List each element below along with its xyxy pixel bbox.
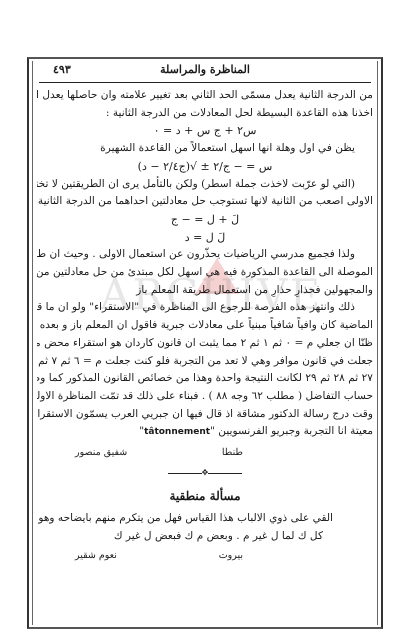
divider-rule [208,473,242,474]
page-frame: المناظرة والمراسلة ٤٩٣ من الدرجة الثانية… [27,57,383,629]
equation-product: لَ ل = د [37,229,373,247]
text-line: من الدرجة الثانية يعدل مسمّى الحد الثاني… [37,87,373,105]
text-line: يظن في اول وهلة انها اسهل استعمالاً من ا… [37,140,373,158]
text-fragment: معيتة انا التجربة وجبريو الفرنسويين " [210,425,373,437]
text-line: ٢٧ ثم ٢٨ ثم ٢٩ لكانت النتيجة واحدة وهذا … [37,370,373,388]
text-line: القي على ذوي الالباب هذا القياس فهل من ي… [37,510,373,528]
divider-rule [168,473,202,474]
section-divider: ✥ [37,464,373,482]
equation-quadratic-formula: س = − ج/٢ ± √(ج٢/٤ − د) [37,158,373,176]
latin-term: tâtonnement [144,427,210,437]
signature-name: نعوم شقير [75,545,117,567]
page-number: ٤٩٣ [53,63,71,76]
syllogism-line: كل ك لما ل غير م . وبعض م ك فبعض ل غير ك [37,528,373,546]
text-line: وقت درج رسالة الدكتور مشاقة اذ قال فيها … [37,406,373,424]
text-line: اخذنا هذه القاعدة البسيطة لحل المعادلات … [37,105,373,123]
signature-block-1: طنطا شفيق منصور [37,442,373,464]
text-line: الاولى اصعب من الثانية لانها تستوجب حل م… [37,193,373,211]
text-line: والمجهولين فحذارِ حذارِ من استعمال طريقة… [37,282,373,300]
text-line: ولذا فجميع مدرسي الرياضيات يحذّرون عن اس… [37,246,373,264]
signature-name: شفيق منصور [75,442,127,464]
equation-sum: لَ + ل = − ج [37,211,373,229]
signature-place: طنطا [222,442,243,464]
text-line: جعلت في قانون موافر وهي لا تعد من التجرب… [37,353,373,371]
text-line: ظنّا ان جعلي م = ٠ ثم ١ ثم ٢ مما يثبت ان… [37,335,373,353]
text-line: (التي لو عرّبت لاخذت جملة اسطر) ولكن بال… [37,176,373,194]
page-body: من الدرجة الثانية يعدل مسمّى الحد الثاني… [37,87,373,567]
text-line: ذلك وانتهز هذه الفرصة للرجوع الى المناظر… [37,299,373,317]
running-header: المناظرة والمراسلة ٤٩٣ [39,63,371,81]
equation-quadratic: س٢ + ج س + د = ٠ [37,122,373,140]
signature-block-2: بيروت نعوم شقير [37,545,373,567]
text-line-last: معيتة انا التجربة وجبريو الفرنسويين "tât… [37,423,373,442]
header-rule [39,82,371,83]
text-line: حساب التفاضل ( مطلب ٦٢ وجه ٨٨ ) . فبناء … [37,388,373,406]
header-title: المناظرة والمراسلة [39,63,371,76]
text-line: الماضية كان وافياً شافياً مبنياً على معا… [37,317,373,335]
signature-place: بيروت [219,545,243,567]
text-line: الموصلة الى القاعدة المذكورة فيه هي اسهل… [37,264,373,282]
section-title: مسألة منطقية [37,482,373,510]
